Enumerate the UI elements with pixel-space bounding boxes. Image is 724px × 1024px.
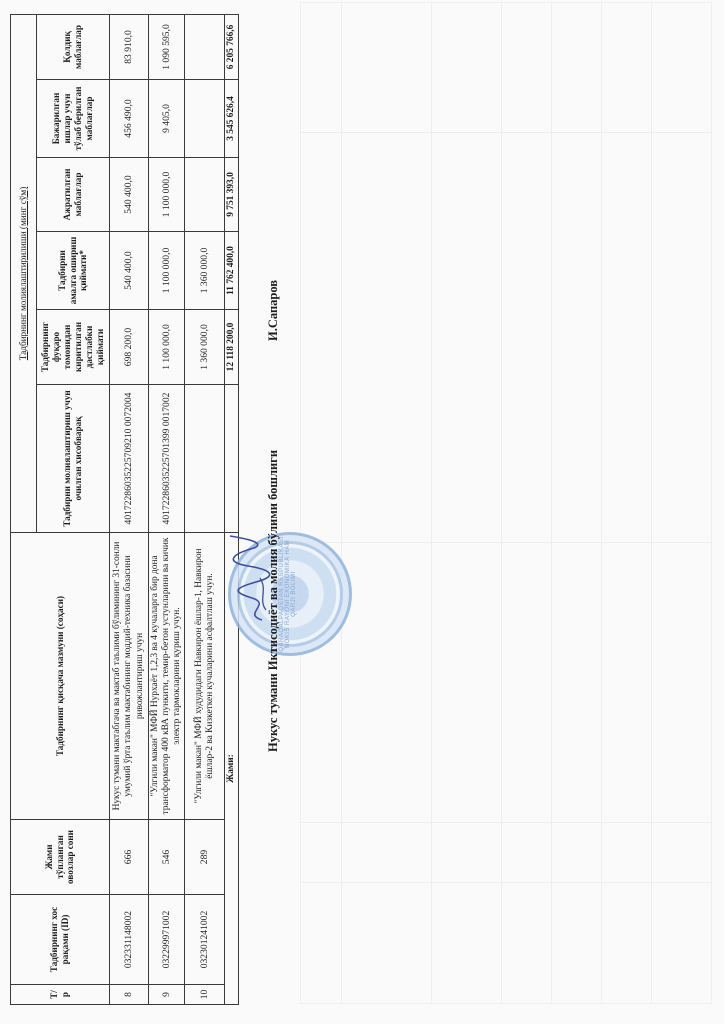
cell-implementation-cost: 1 100 000,0 — [149, 232, 185, 310]
cell-remaining: 83 910,0 — [110, 14, 149, 79]
cell-description: "Улгили макан" МФЙ Нурхаёт 1,2,3 ва 4 ку… — [149, 533, 185, 820]
cell-allocated — [185, 158, 225, 232]
cell-id: 032301241002 — [185, 895, 225, 985]
signature-position: Нукус тумани Иктисодиёт ва молия бўлими … — [266, 450, 281, 752]
cell-implementation-cost: 540 400,0 — [110, 232, 149, 310]
table-row: 9 032299971002 546 "Улгили макан" МФЙ Ну… — [149, 14, 185, 1004]
total-paid: 3 545 626,4 — [225, 80, 239, 158]
signature-name: И.Сапаров — [266, 280, 281, 341]
financing-table: Т/р Тадбирнинг хос рақами (ID) Жами тўпл… — [10, 14, 239, 1005]
cell-number: 9 — [149, 985, 185, 1005]
cell-remaining — [185, 14, 225, 79]
cell-paid: 456 490,0 — [110, 80, 149, 158]
cell-number: 8 — [110, 985, 149, 1005]
cell-id: 032331148002 — [110, 895, 149, 985]
cell-implementation-cost: 1 360 000,0 — [185, 232, 225, 310]
cell-account — [185, 385, 225, 533]
col-header-account: Тадбирни молиялаштириш учун очилган хисо… — [37, 385, 110, 533]
rotated-document-page: Т/р Тадбирнинг хос рақами (ID) Жами тўпл… — [0, 0, 724, 1024]
cell-id: 032299971002 — [149, 895, 185, 985]
cell-allocated: 1 100 000,0 — [149, 158, 185, 232]
col-header-allocated: Ажратилган маблағлар — [37, 158, 110, 232]
total-initial-cost: 12 118 200,0 — [225, 310, 239, 385]
total-account — [225, 385, 239, 533]
col-header-implementation-cost: Тадбирни амалга ошириш қиймати* — [37, 232, 110, 310]
cell-number: 10 — [185, 985, 225, 1005]
col-header-number: Т/р — [11, 985, 110, 1005]
cell-description: Нукус тумани мактабгача ва мактаб таълим… — [110, 533, 149, 820]
cell-initial-cost: 1 100 000,0 — [149, 310, 185, 385]
cell-description: "Улгили макан" МФЙ худудидаги Навкирон ё… — [185, 533, 225, 820]
cell-votes: 289 — [185, 820, 225, 895]
table-row: 8 032331148002 666 Нукус тумани мактабга… — [110, 14, 149, 1004]
col-header-remaining: Қолдиқ маблағлар — [37, 14, 110, 79]
cell-initial-cost: 1 360 000,0 — [185, 310, 225, 385]
cell-paid: 9 405,0 — [149, 80, 185, 158]
col-header-paid: Бажарилган ишлар учун тўлаб берилган маб… — [37, 80, 110, 158]
total-remaining: 6 205 766,6 — [225, 14, 239, 79]
table-row: 10 032301241002 289 "Улгили макан" МФЙ х… — [185, 14, 225, 1004]
bleed-through-grid — [300, 2, 712, 1004]
cell-account: 40172286035225701399 0017002 — [149, 385, 185, 533]
group-header-financing: Тадбирнинг молиялаштирилиши (минг сўм) — [11, 14, 37, 532]
col-header-id: Тадбирнинг хос рақами (ID) — [11, 895, 110, 985]
cell-votes: 546 — [149, 820, 185, 895]
col-header-votes: Жами тўпланган овозлар сони — [11, 820, 110, 895]
cell-allocated: 540 400,0 — [110, 158, 149, 232]
col-header-initial-cost: Тадбирнинг фуқаро томонидан киритилган д… — [37, 310, 110, 385]
cell-remaining: 1 090 595,0 — [149, 14, 185, 79]
cell-paid — [185, 80, 225, 158]
total-row: Жами: 12 118 200,0 11 762 400,0 9 751 39… — [225, 14, 239, 1004]
cell-initial-cost: 698 200,0 — [110, 310, 149, 385]
col-header-description: Тадбирнинг қисқача мазмуни (соҳаси) — [11, 533, 110, 820]
total-allocated: 9 751 393,0 — [225, 158, 239, 232]
cell-votes: 666 — [110, 820, 149, 895]
cell-account: 40172286035225709210 0072004 — [110, 385, 149, 533]
total-implementation-cost: 11 762 400,0 — [225, 232, 239, 310]
